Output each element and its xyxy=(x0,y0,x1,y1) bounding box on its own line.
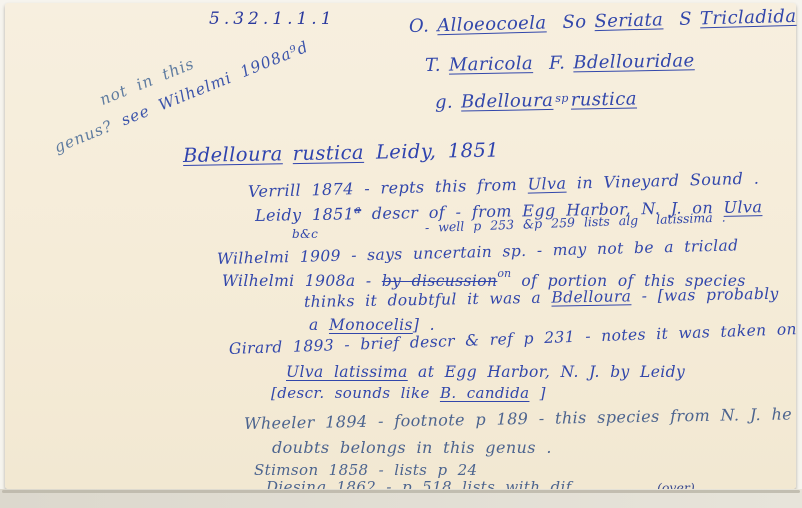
note-text: Leidy 1851 xyxy=(255,204,355,225)
title-species: rustica xyxy=(292,141,364,165)
taxon-b-candida: B. candida xyxy=(440,384,530,402)
scanned-index-card: 5.32.1.1.1 O.AlloeocoelaSoSeriataSTricla… xyxy=(0,0,802,508)
genus-prefix: g. xyxy=(435,92,453,113)
section-group: STricladida xyxy=(679,6,797,30)
card-bottom-edge xyxy=(2,490,800,493)
note-text: ] . xyxy=(413,316,435,334)
note-girard-location: Ulva latissima at Egg Harbor, N. J. by L… xyxy=(286,363,685,381)
diagonal-genus-word: genus? xyxy=(52,117,116,157)
genus-name: Bdelloura xyxy=(461,90,554,113)
sp-mark: sp xyxy=(555,92,569,105)
family-name: Bdellouridae xyxy=(573,50,695,73)
note-leidy-sub-left: b&c xyxy=(292,227,318,241)
note-text: [descr. sounds like xyxy=(271,384,440,402)
inserted-word: on xyxy=(497,267,511,280)
tribe-group: T.Maricola xyxy=(425,53,533,76)
note-text: a xyxy=(309,316,329,334)
taxon-ulva-latissima: Ulva latissima xyxy=(286,363,408,381)
family-prefix: F. xyxy=(549,53,566,74)
classification-line-tribe-family: T.MaricolaF.Bdellouridae xyxy=(425,50,695,76)
note-girard-bracket: [descr. sounds like B. candida ] xyxy=(271,384,546,402)
taxon-ulva: Ulva xyxy=(527,174,566,194)
note-text: Verrill 1874 - repts this from xyxy=(248,175,528,201)
classification-line-genus: g.Bdellourasprustica xyxy=(435,88,637,113)
suborder-name: Seriata xyxy=(594,9,663,32)
note-stimson-1858: Stimson 1858 - lists p 24 xyxy=(254,461,478,479)
suborder-prefix: So xyxy=(562,11,587,33)
note-text: Wilhelmi 1908a - xyxy=(222,272,382,290)
species-name: rustica xyxy=(571,88,637,110)
note-text: ] xyxy=(529,384,545,402)
section-prefix: S xyxy=(679,9,692,30)
note-monocelis: a Monocelis] . xyxy=(309,316,435,334)
order-group: O.Alloeocoela xyxy=(409,12,547,37)
note-wheeler-1894: Wheeler 1894 - footnote p 189 - this spe… xyxy=(244,404,792,433)
taxon-monocelis: Monocelis xyxy=(329,316,413,334)
note-text: in Vineyard Sound . xyxy=(566,169,759,193)
family-group: F.Bdellouridae xyxy=(549,50,695,74)
title-genus: Bdelloura xyxy=(183,142,283,167)
suborder-group: SoSeriata xyxy=(562,9,663,33)
title-author: Leidy, 1851 xyxy=(376,138,499,163)
diagonal-annotation: not in thisgenus? see Wilhelmi 1908a⁹d xyxy=(40,9,313,161)
note-text: at Egg Harbor, N. J. by Leidy xyxy=(408,363,685,381)
tribe-prefix: T. xyxy=(425,55,441,76)
taxon-ulva: Ulva xyxy=(723,197,762,217)
taxon-bdelloura: Bdelloura xyxy=(551,287,631,306)
index-card-paper: 5.32.1.1.1 O.AlloeocoelaSoSeriataSTricla… xyxy=(5,3,796,489)
note-text: thinks it doubtful it was a xyxy=(304,289,552,311)
species-title: BdellourarusticaLeidy, 1851 xyxy=(183,138,499,167)
classification-line-order: O.AlloeocoelaSoSeriataSTricladida xyxy=(409,6,797,37)
tribe-name: Maricola xyxy=(449,53,533,75)
note-wheeler-continued: doubts belongs in this genus . xyxy=(272,438,552,457)
note-verrill-1874: Verrill 1874 - repts this from Ulva in V… xyxy=(248,169,760,201)
note-wilhelmi-1909: Wilhelmi 1909 - says uncertain sp. - may… xyxy=(217,236,739,268)
scratched-mark: a xyxy=(354,203,361,216)
note-text: - [was probably xyxy=(631,285,779,306)
section-name: Tricladida xyxy=(700,6,797,30)
order-prefix: O. xyxy=(409,15,430,37)
struck-text: by discussion xyxy=(382,272,497,290)
order-name: Alloeocoela xyxy=(437,12,547,36)
